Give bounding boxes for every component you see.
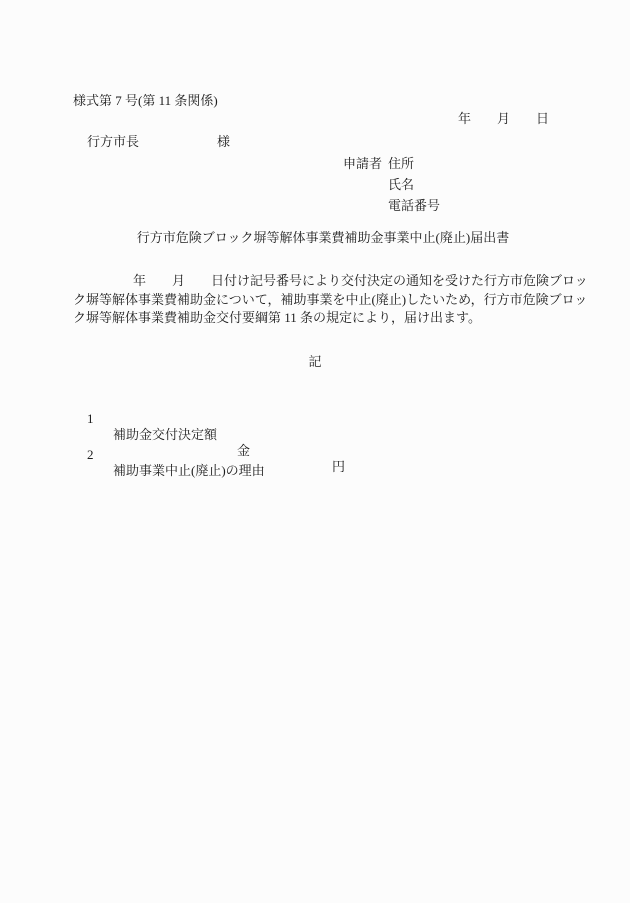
- date-line: 年 月 日: [458, 111, 549, 127]
- item-number: 1: [87, 411, 94, 427]
- list-item-grant-amount: 1 補助金交付決定額 金 円: [0, 395, 630, 413]
- addressee-honorific: 様: [217, 134, 230, 150]
- record-marker: 記: [73, 354, 557, 370]
- item-label: 補助事業中止(廃止)の理由: [113, 463, 265, 479]
- applicant-label: 申請者: [343, 156, 382, 172]
- list-item-cancellation-reason: 2 補助事業中止(廃止)の理由: [0, 431, 630, 449]
- form-number: 様式第 7 号(第 11 条関係): [73, 93, 218, 109]
- applicant-field-address: 住所: [388, 156, 414, 172]
- document-title: 行方市危険ブロック塀等解体事業費補助金事業中止(廃止)届出書: [73, 230, 573, 246]
- amount-unit: 円: [332, 459, 345, 475]
- document-page: 様式第 7 号(第 11 条関係) 年 月 日 行方市長 様 申請者 住所 氏名…: [0, 0, 630, 903]
- applicant-field-phone: 電話番号: [388, 198, 440, 214]
- addressee-name: 行方市長: [87, 134, 139, 150]
- applicant-field-name: 氏名: [388, 177, 414, 193]
- body-paragraph-line: 年 月 日付け記号番号により交付決定の通知を受けた行方市危険ブロッ: [73, 273, 630, 289]
- body-paragraph-line: ク塀等解体事業費補助金交付要綱第 11 条の規定により，届け出ます。: [73, 310, 593, 326]
- item-number: 2: [87, 447, 94, 463]
- body-paragraph-line: ク塀等解体事業費補助金について，補助事業を中止(廃止)したいため，行方市危険ブロ…: [73, 292, 593, 308]
